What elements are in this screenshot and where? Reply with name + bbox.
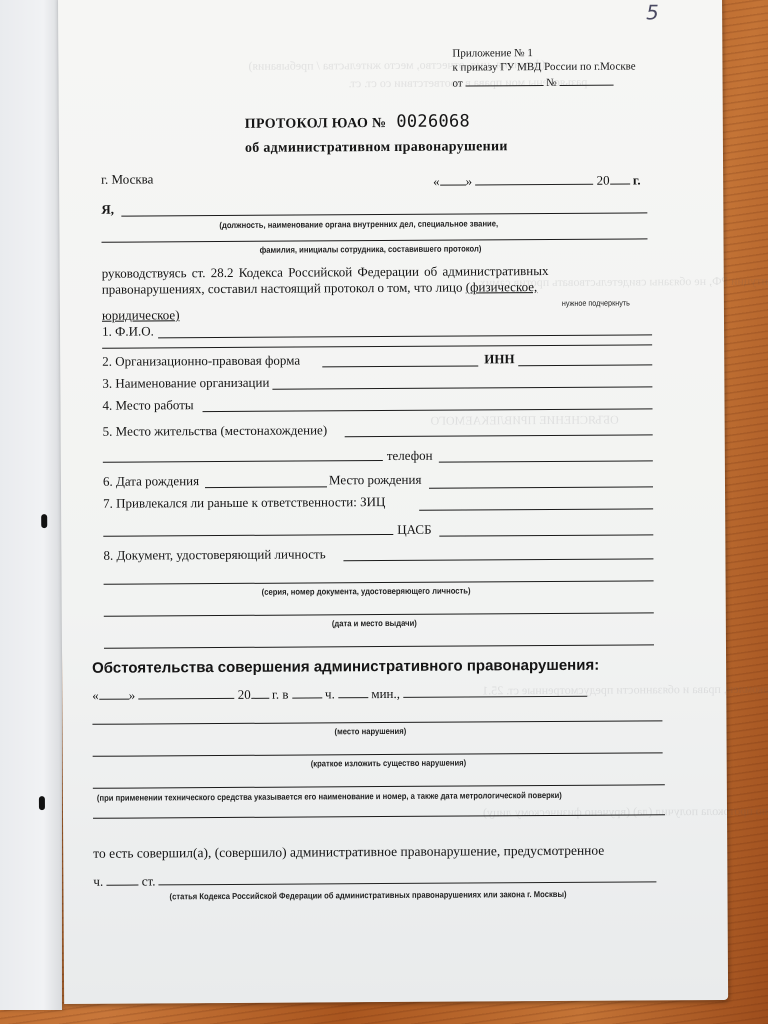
officer-caption-2: фамилия, инициалы сотрудника, составивше… — [260, 243, 482, 254]
place-caption: (место нарушения) — [334, 726, 406, 736]
month-field[interactable] — [475, 173, 593, 186]
zic-field-2[interactable] — [103, 534, 393, 537]
birth-place-label: Место рождения — [329, 472, 422, 489]
page-subtitle: об административном правонарушении — [245, 139, 508, 157]
id-extra-field[interactable] — [104, 644, 654, 648]
field-1-label: 1. Ф.И.О. — [102, 323, 154, 339]
phone-label: телефон — [387, 448, 433, 464]
officer-prefix: Я, — [101, 202, 114, 218]
date-line: «» 20 г. — [433, 172, 641, 189]
bleed-through-text: Копию протокола получил (ла) (вручено фи… — [483, 804, 768, 821]
binder-hole — [41, 514, 47, 528]
workplace-field[interactable] — [203, 408, 653, 412]
fio-field[interactable] — [158, 334, 652, 338]
city-label: г. Москва — [101, 171, 153, 187]
field-2-label: 2. Организационно-правовая форма — [102, 353, 300, 370]
day-field[interactable] — [440, 174, 466, 186]
field-7-label: 7. Привлекался ли раньше к ответственнос… — [103, 494, 385, 512]
field-3-label: 3. Наименование организации — [102, 375, 269, 392]
fio-field-extra[interactable] — [102, 344, 652, 348]
conclusion-text: то есть совершил(а), (совершило) админис… — [93, 843, 604, 862]
zic-field[interactable] — [419, 508, 653, 510]
handwritten-page-number: 5 — [646, 0, 659, 24]
casb-label: ЦАСБ — [397, 522, 431, 538]
violation-datetime-line: «» 20 г. в ч. мин., — [92, 685, 587, 704]
appendix-line3: от № — [452, 73, 635, 90]
inn-field[interactable] — [518, 364, 652, 366]
option-physical[interactable]: (физическое, — [466, 279, 538, 294]
essence-caption: (краткое изложить существо нарушения) — [311, 758, 467, 769]
inn-label: ИНН — [484, 351, 514, 367]
binder-hole — [39, 796, 45, 810]
officer-field-2[interactable] — [102, 238, 648, 242]
violation-place-field-2[interactable] — [92, 720, 662, 724]
part-field[interactable] — [106, 874, 138, 886]
underline-note: нужное подчеркнуть — [562, 299, 630, 308]
violation-month-field[interactable] — [138, 687, 234, 700]
legal-form-field[interactable] — [322, 365, 478, 367]
casb-field[interactable] — [439, 534, 653, 536]
violation-year-field[interactable] — [251, 687, 269, 699]
appendix-line1: Приложение № 1 — [452, 45, 635, 60]
violation-hour-field[interactable] — [292, 686, 322, 698]
organization-name-field[interactable] — [272, 386, 652, 389]
violation-day-field[interactable] — [99, 688, 129, 700]
technical-device-field[interactable] — [93, 784, 665, 788]
preamble-line-2: правонарушениях, составил настоящий прот… — [102, 279, 538, 298]
residence-field-2[interactable] — [103, 460, 383, 463]
birth-place-field[interactable] — [429, 486, 653, 488]
id-issue-caption: (дата и место выдачи) — [332, 618, 417, 629]
violation-essence-field[interactable] — [93, 752, 663, 756]
article-field[interactable] — [159, 870, 657, 885]
protocol-number: 0026068 — [396, 111, 470, 131]
article-line: ч. ст. — [93, 870, 656, 889]
page-title: ПРОТОКОЛ ЮАО №0026068 — [245, 111, 470, 132]
field-4-label: 4. Место работы — [102, 397, 193, 414]
underlying-page-edge — [0, 0, 62, 1010]
circumstances-heading: Обстоятельства совершения административн… — [92, 657, 599, 677]
appendix-block: Приложение № 1 к приказу ГУ МВД России п… — [452, 45, 635, 90]
field-5-label: 5. Место жительства (местонахождение) — [103, 422, 328, 439]
residence-field[interactable] — [345, 434, 653, 437]
option-legal[interactable]: юридическое) — [102, 307, 180, 323]
article-caption: (статья Кодекса Российской Федерации об … — [169, 889, 566, 901]
id-series-number-field[interactable] — [104, 580, 654, 584]
year-field[interactable] — [610, 173, 630, 185]
id-series-caption: (серия, номер документа, удостоверяющего… — [262, 585, 471, 596]
violation-minute-field[interactable] — [338, 686, 368, 698]
id-document-field[interactable] — [343, 558, 653, 561]
id-issue-field[interactable] — [104, 612, 654, 616]
technical-device-caption: (при применении технического средства ук… — [97, 790, 562, 803]
bleed-through-text: ОБЪЯСНЕНИЕ ПРИВЛЕКАЕМОГО — [431, 413, 619, 429]
protocol-form-page: (фамилия, имя, отчество, место жительств… — [58, 0, 728, 1004]
field-8-label: 8. Документ, удостоверяющий личность — [103, 546, 325, 563]
order-date-field[interactable] — [465, 74, 543, 86]
order-number-field[interactable] — [559, 74, 613, 86]
birth-date-field[interactable] — [205, 486, 327, 488]
violation-place-field[interactable] — [403, 685, 587, 698]
appendix-line2: к приказу ГУ МВД России по г.Москве — [452, 59, 635, 74]
officer-caption-1: (должность, наименование органа внутренн… — [219, 218, 498, 230]
officer-field-1[interactable] — [121, 212, 647, 216]
field-6-label: 6. Дата рождения — [103, 473, 199, 490]
phone-field[interactable] — [439, 460, 653, 462]
